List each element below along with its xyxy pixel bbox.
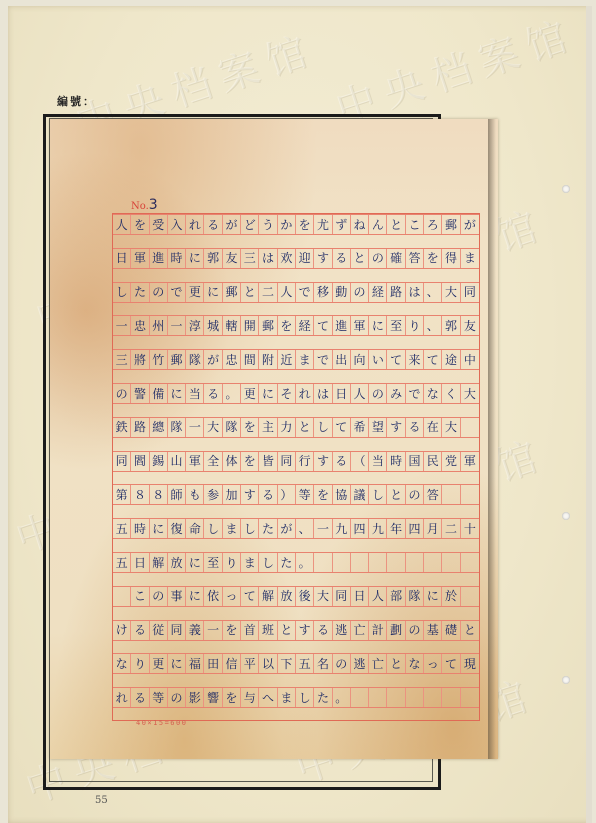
- grid-cell: 計: [369, 621, 387, 640]
- grid-cell: 参: [204, 485, 222, 504]
- grid-cell: 、: [296, 519, 314, 538]
- grid-cell: し: [314, 418, 332, 437]
- grid-cell: の: [351, 283, 369, 302]
- grid-cell: 復: [168, 519, 186, 538]
- grid-cell: 欢: [278, 249, 296, 268]
- grid-cell: 体: [223, 452, 241, 471]
- grid-cell: を: [241, 452, 259, 471]
- grid-cell: そ: [278, 384, 296, 403]
- grid-cell: 一: [113, 316, 131, 335]
- grid-cell: 日: [113, 249, 131, 268]
- grid-cell: 加: [223, 485, 241, 504]
- grid-cell: ま: [223, 519, 241, 538]
- grid-cell: 事: [168, 587, 186, 606]
- grid-cell: 等: [150, 688, 168, 707]
- grid-cell: 逃: [333, 621, 351, 640]
- grid-cell: が: [204, 350, 222, 369]
- manuscript-line: 三將竹郵隊が忠間附近まで出向いて来て途中: [113, 349, 479, 370]
- grid-cell: ん: [369, 215, 387, 234]
- grid-cell: 田: [204, 654, 222, 673]
- sheet-number: No.3: [131, 197, 158, 213]
- grid-cell: う: [259, 215, 277, 234]
- grid-cell: 開: [241, 316, 259, 335]
- grid-cell: 時: [168, 249, 186, 268]
- grid-cell: 途: [442, 350, 460, 369]
- grid-cell: 名: [314, 654, 332, 673]
- grid-cell: 總: [150, 418, 168, 437]
- manuscript-line: 鉄路總隊一大隊を主力として希望する在大: [113, 417, 479, 438]
- grid-cell: [387, 553, 405, 572]
- grid-cell: 月: [424, 519, 442, 538]
- grid-cell: に: [204, 283, 222, 302]
- grid-cell: も: [186, 485, 204, 504]
- manuscript-line: 第８８師も参加する）等を協議しとの答: [113, 484, 479, 505]
- grid-cell: と: [387, 654, 405, 673]
- grid-cell: [461, 418, 479, 437]
- grid-cell: 忠: [131, 316, 149, 335]
- grid-cell: 隊: [186, 350, 204, 369]
- grid-cell: 信: [223, 654, 241, 673]
- grid-cell: 路: [387, 283, 405, 302]
- grid-cell: 更: [150, 654, 168, 673]
- grid-cell: 入: [168, 215, 186, 234]
- manuscript-line: 日軍進時に郭友三は欢迎するとの確答を得ま: [113, 248, 479, 269]
- grid-cell: 下: [278, 654, 296, 673]
- grid-cell: 答: [406, 249, 424, 268]
- grid-cell: 影: [186, 688, 204, 707]
- grid-cell: 至: [204, 553, 222, 572]
- grid-cell: こ: [406, 215, 424, 234]
- grid-cell: 日: [351, 587, 369, 606]
- grid-cell: 山: [168, 452, 186, 471]
- grid-cell: 人: [278, 283, 296, 302]
- grid-cell: 隊: [168, 418, 186, 437]
- grid-cell: る: [333, 452, 351, 471]
- grid-cell: と: [351, 249, 369, 268]
- grid-cell: 在: [424, 418, 442, 437]
- grid-cell: す: [314, 249, 332, 268]
- grid-cell: 九: [369, 519, 387, 538]
- grid-cell: て: [333, 418, 351, 437]
- grid-cell: 出: [333, 350, 351, 369]
- grid-cell: 淳: [186, 316, 204, 335]
- grid-cell: 答: [424, 485, 442, 504]
- grid-cell: 間: [241, 350, 259, 369]
- grid-cell: 大: [442, 418, 460, 437]
- grid-cell: に: [168, 384, 186, 403]
- grid-cell: 五: [113, 553, 131, 572]
- grid-cell: な: [424, 384, 442, 403]
- grid-cell: 大: [442, 283, 460, 302]
- grid-cell: 城: [204, 316, 222, 335]
- grid-cell: 響: [204, 688, 222, 707]
- grid-cell: ろ: [424, 215, 442, 234]
- grid-cell: 動: [333, 283, 351, 302]
- grid-cell: て: [442, 654, 460, 673]
- grid-cell: 一: [186, 418, 204, 437]
- grid-cell: [461, 688, 479, 707]
- grid-cell: ね: [351, 215, 369, 234]
- grid-cell: し: [369, 485, 387, 504]
- grid-cell: で: [406, 384, 424, 403]
- grid-cell: て: [314, 316, 332, 335]
- grid-cell: の: [406, 485, 424, 504]
- grid-cell: 得: [442, 249, 460, 268]
- page-number: 55: [95, 795, 108, 806]
- grid-cell: 同: [168, 621, 186, 640]
- grid-cell: 一: [314, 519, 332, 538]
- grid-cell: 当: [369, 452, 387, 471]
- grid-cell: [351, 553, 369, 572]
- grid-cell: 郭: [204, 249, 222, 268]
- grid-cell: の: [333, 654, 351, 673]
- grid-cell: 軍: [131, 249, 149, 268]
- grid-cell: と: [278, 621, 296, 640]
- grid-cell: 来: [406, 350, 424, 369]
- grid-cell: [442, 485, 460, 504]
- grid-cell: 軍: [461, 452, 479, 471]
- grid-cell: 向: [351, 350, 369, 369]
- manuscript-grid: 人を受入れるがどうかを尤ずねんところ郵が日軍進時に郭友三は欢迎するとの確答を得ま…: [112, 213, 480, 721]
- grid-cell: 国: [406, 452, 424, 471]
- grid-cell: 。: [223, 384, 241, 403]
- grid-cell: 解: [259, 587, 277, 606]
- grid-cell: 軍: [351, 316, 369, 335]
- grid-cell: か: [278, 215, 296, 234]
- grid-cell: 民: [424, 452, 442, 471]
- grid-cell: 大: [461, 384, 479, 403]
- grid-cell: 人: [369, 587, 387, 606]
- grid-cell: 協: [333, 485, 351, 504]
- grid-cell: 近: [278, 350, 296, 369]
- grid-cell: の: [369, 249, 387, 268]
- grid-cell: を: [296, 215, 314, 234]
- grid-cell: 時: [387, 452, 405, 471]
- grid-cell: で: [314, 350, 332, 369]
- grid-cell: 軍: [186, 452, 204, 471]
- grid-cell: 全: [204, 452, 222, 471]
- grid-cell: る: [259, 485, 277, 504]
- grid-cell: と: [387, 215, 405, 234]
- grid-cell: 尤: [314, 215, 332, 234]
- grid-cell: 轄: [223, 316, 241, 335]
- grid-cell: 師: [168, 485, 186, 504]
- grid-cell: て: [424, 350, 442, 369]
- grid-cell: で: [296, 283, 314, 302]
- manuscript-line: 五時に復命しましたが、一九四九年四月二十: [113, 518, 479, 539]
- grid-cell: 同: [461, 283, 479, 302]
- grid-cell: り: [406, 316, 424, 335]
- grid-cell: っ: [223, 587, 241, 606]
- grid-cell: ８: [131, 485, 149, 504]
- grid-cell: す: [387, 418, 405, 437]
- grid-cell: [442, 688, 460, 707]
- grid-cell: ま: [296, 350, 314, 369]
- grid-cell: 希: [351, 418, 369, 437]
- grid-cell: [314, 553, 332, 572]
- grid-cell: 以: [259, 654, 277, 673]
- grid-cell: ８: [150, 485, 168, 504]
- grid-cell: 後: [296, 587, 314, 606]
- grid-cell: し: [259, 553, 277, 572]
- grid-cell: 忠: [223, 350, 241, 369]
- grid-cell: に: [259, 384, 277, 403]
- grid-cell: 従: [150, 621, 168, 640]
- grid-cell: 経: [369, 283, 387, 302]
- grid-cell: す: [314, 452, 332, 471]
- grid-cell: 附: [259, 350, 277, 369]
- grid-cell: 福: [186, 654, 204, 673]
- grid-cell: が: [223, 215, 241, 234]
- grid-cell: 第: [113, 485, 131, 504]
- grid-cell: た: [314, 688, 332, 707]
- grid-cell: 、: [424, 316, 442, 335]
- grid-cell: ま: [461, 249, 479, 268]
- grid-cell: れ: [296, 384, 314, 403]
- grid-cell: 同: [333, 587, 351, 606]
- grid-cell: 更: [241, 384, 259, 403]
- grid-cell: る: [204, 215, 222, 234]
- grid-cell: と: [241, 283, 259, 302]
- grid-cell: る: [406, 418, 424, 437]
- grid-cell: 郭: [442, 316, 460, 335]
- grid-cell: 命: [186, 519, 204, 538]
- grid-cell: 五: [296, 654, 314, 673]
- grid-cell: 中: [461, 350, 479, 369]
- punch-hole: [562, 676, 570, 684]
- grid-cell: 二: [259, 283, 277, 302]
- file-number-label: 編號：: [57, 93, 96, 109]
- grid-cell: 警: [131, 384, 149, 403]
- grid-cell: し: [296, 688, 314, 707]
- grid-cell: に: [168, 654, 186, 673]
- grid-cell: ず: [333, 215, 351, 234]
- grid-cell: 主: [259, 418, 277, 437]
- grid-cell: [424, 553, 442, 572]
- grid-cell: 州: [150, 316, 168, 335]
- manuscript-line: 同閻錫山軍全体を皆同行する（当時国民党軍: [113, 451, 479, 472]
- grid-cell: 劃: [387, 621, 405, 640]
- grid-cell: [442, 553, 460, 572]
- grid-cell: 部: [387, 587, 405, 606]
- grid-cell: 日: [333, 384, 351, 403]
- grid-cell: の: [150, 283, 168, 302]
- grid-cell: い: [369, 350, 387, 369]
- grid-cell: は: [314, 384, 332, 403]
- grid-cell: っ: [424, 654, 442, 673]
- grid-cell: 。: [333, 688, 351, 707]
- grid-cell: 一: [204, 621, 222, 640]
- manuscript-line: 五日解放に至りました。: [113, 552, 479, 573]
- grid-cell: の: [168, 688, 186, 707]
- manuscript-line: 一忠州一淳城轄開郵を経て進軍に至り、郭友: [113, 315, 479, 336]
- grid-cell: 迎: [296, 249, 314, 268]
- grid-cell: 友: [223, 249, 241, 268]
- grid-cell: 大: [204, 418, 222, 437]
- manuscript-line: ける従同義一を首班とする逃亡計劃の基礎と: [113, 620, 479, 641]
- grid-cell: 人: [351, 384, 369, 403]
- grid-cell: 隊: [406, 587, 424, 606]
- grid-cell: を: [424, 249, 442, 268]
- grid-cell: る: [131, 688, 149, 707]
- grid-cell: 亡: [351, 621, 369, 640]
- grid-cell: し: [241, 519, 259, 538]
- grid-cell: 現: [461, 654, 479, 673]
- grid-cell: 郵: [259, 316, 277, 335]
- manuscript-line: 人を受入れるがどうかを尤ずねんところ郵が: [113, 214, 479, 235]
- grid-cell: 亡: [369, 654, 387, 673]
- grid-cell: て: [241, 587, 259, 606]
- grid-cell: と: [387, 485, 405, 504]
- grid-cell: 同: [278, 452, 296, 471]
- grid-cell: は: [406, 283, 424, 302]
- grid-cell: が: [278, 519, 296, 538]
- grid-cell: 礎: [442, 621, 460, 640]
- grid-cell: る: [204, 384, 222, 403]
- grid-cell: み: [387, 384, 405, 403]
- grid-cell: 進: [333, 316, 351, 335]
- grid-cell: な: [113, 654, 131, 673]
- grid-cell: を: [223, 688, 241, 707]
- grid-cell: の: [150, 587, 168, 606]
- grid-cell: [369, 553, 387, 572]
- grid-cell: 、: [424, 283, 442, 302]
- grid-cell: の: [369, 384, 387, 403]
- manuscript-line: この事に依って解放後大同日人部隊に於: [113, 586, 479, 607]
- grid-cell: 与: [241, 688, 259, 707]
- grid-cell: が: [461, 215, 479, 234]
- grid-cell: 同: [113, 452, 131, 471]
- grid-cell: で: [168, 283, 186, 302]
- manuscript-line: したので更に郵と二人で移動の経路は、大同: [113, 282, 479, 303]
- grid-cell: れ: [186, 215, 204, 234]
- grid-cell: を: [131, 215, 149, 234]
- grid-cell: 日: [131, 553, 149, 572]
- grid-cell: る: [314, 621, 332, 640]
- mount-edge: [586, 6, 592, 823]
- grid-cell: な: [406, 654, 424, 673]
- grid-cell: を: [278, 316, 296, 335]
- grid-cell: の: [113, 384, 131, 403]
- grid-cell: [351, 688, 369, 707]
- grid-cell: 放: [278, 587, 296, 606]
- grid-cell: [333, 553, 351, 572]
- grid-cell: 至: [387, 316, 405, 335]
- grid-cell: 放: [168, 553, 186, 572]
- grid-cell: 鉄: [113, 418, 131, 437]
- grid-cell: を: [241, 418, 259, 437]
- grid-cell: 逃: [351, 654, 369, 673]
- grid-cell: と: [296, 418, 314, 437]
- grid-cell: り: [131, 654, 149, 673]
- grid-cell: 人: [113, 215, 131, 234]
- grid-cell: 郵: [223, 283, 241, 302]
- grid-cell: て: [387, 350, 405, 369]
- grid-cell: ま: [241, 553, 259, 572]
- grid-cell: 大: [314, 587, 332, 606]
- grid-cell: 進: [150, 249, 168, 268]
- grid-cell: し: [204, 519, 222, 538]
- grid-cell: 解: [150, 553, 168, 572]
- grid-cell: [461, 587, 479, 606]
- grid-cell: [406, 688, 424, 707]
- paper-format-code: 40×15=600: [136, 719, 187, 727]
- grid-cell: け: [113, 621, 131, 640]
- grid-cell: は: [259, 249, 277, 268]
- grid-cell: 三: [241, 249, 259, 268]
- grid-cell: 四: [351, 519, 369, 538]
- grid-cell: 路: [131, 418, 149, 437]
- grid-cell: 行: [296, 452, 314, 471]
- grid-cell: [113, 587, 131, 606]
- grid-cell: へ: [259, 688, 277, 707]
- manuscript-line: なり更に福田信平以下五名の逃亡となって現: [113, 653, 479, 674]
- grid-cell: に: [186, 249, 204, 268]
- grid-cell: 班: [259, 621, 277, 640]
- grid-cell: 將: [131, 350, 149, 369]
- grid-cell: た: [259, 519, 277, 538]
- grid-cell: ど: [241, 215, 259, 234]
- grid-cell: 備: [150, 384, 168, 403]
- grid-cell: に: [186, 553, 204, 572]
- sheet-number-prefix: No.: [131, 201, 149, 212]
- grid-cell: 郵: [442, 215, 460, 234]
- grid-cell: 二: [442, 519, 460, 538]
- grid-cell: 於: [442, 587, 460, 606]
- grid-cell: 経: [296, 316, 314, 335]
- grid-cell: し: [113, 283, 131, 302]
- grid-cell: 首: [241, 621, 259, 640]
- grid-cell: ま: [278, 688, 296, 707]
- grid-cell: 一: [168, 316, 186, 335]
- grid-cell: す: [241, 485, 259, 504]
- punch-hole: [562, 185, 570, 193]
- grid-cell: る: [333, 249, 351, 268]
- grid-cell: た: [278, 553, 296, 572]
- grid-cell: ）: [278, 485, 296, 504]
- grid-cell: [387, 688, 405, 707]
- grid-cell: こ: [131, 587, 149, 606]
- grid-cell: [369, 688, 387, 707]
- grid-cell: に: [424, 587, 442, 606]
- grid-cell: 力: [278, 418, 296, 437]
- grid-cell: （: [351, 452, 369, 471]
- punch-hole: [562, 512, 570, 520]
- grid-cell: [424, 688, 442, 707]
- grid-cell: 望: [369, 418, 387, 437]
- grid-cell: 皆: [259, 452, 277, 471]
- grid-cell: に: [150, 519, 168, 538]
- grid-cell: 九: [333, 519, 351, 538]
- grid-cell: 郵: [168, 350, 186, 369]
- grid-cell: 友: [461, 316, 479, 335]
- grid-cell: 確: [387, 249, 405, 268]
- grid-cell: る: [131, 621, 149, 640]
- sheet-number-value: 3: [149, 197, 158, 213]
- grid-cell: 時: [131, 519, 149, 538]
- grid-cell: 隊: [223, 418, 241, 437]
- sheet-edge-shadow: [488, 119, 496, 759]
- grid-cell: 四: [406, 519, 424, 538]
- grid-cell: 移: [314, 283, 332, 302]
- grid-cell: と: [461, 621, 479, 640]
- grid-cell: り: [223, 553, 241, 572]
- grid-cell: に: [369, 316, 387, 335]
- grid-cell: [461, 553, 479, 572]
- grid-cell: [461, 485, 479, 504]
- grid-cell: く: [442, 384, 460, 403]
- grid-cell: の: [406, 621, 424, 640]
